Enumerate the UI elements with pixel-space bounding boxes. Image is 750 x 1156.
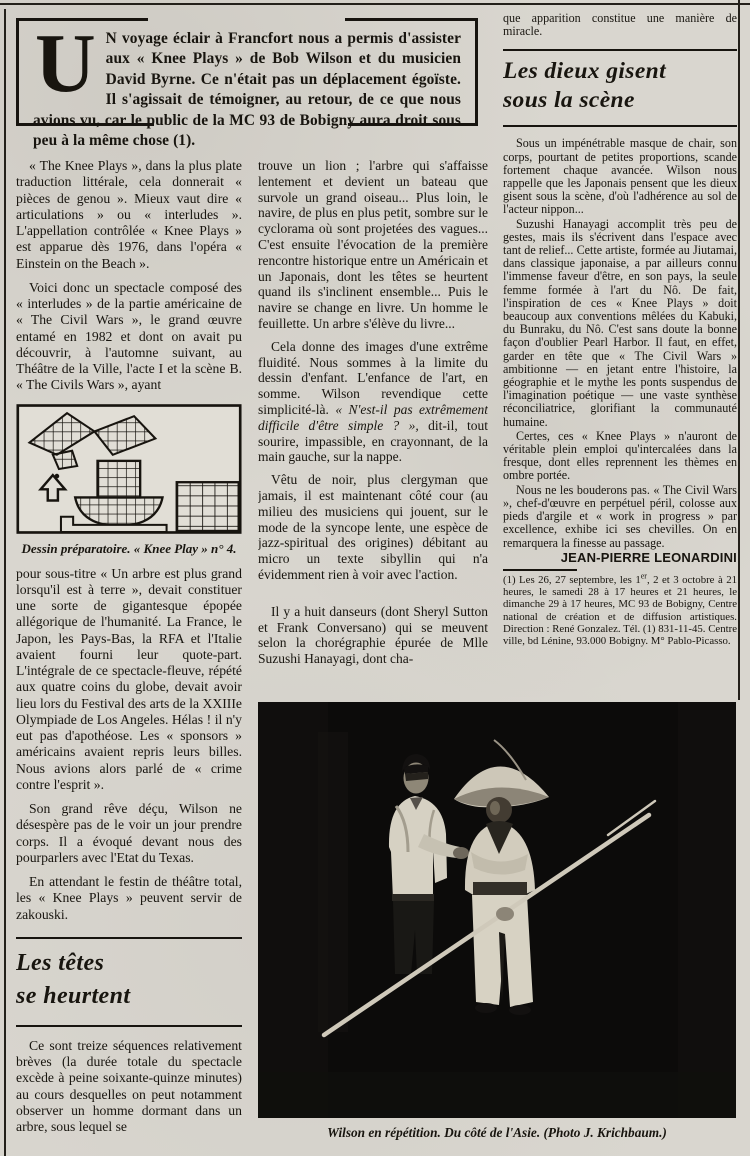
drop-cap: U	[33, 29, 106, 95]
rehearsal-photo	[258, 702, 736, 1118]
paragraph: En attendant le festin de théâtre total,…	[16, 874, 242, 923]
drawing-caption: Dessin préparatoire. « Knee Play » n° 4.	[16, 540, 242, 557]
paragraph: Vêtu de noir, plus clergyman que jamais,…	[258, 472, 488, 583]
page-left-rule	[4, 9, 6, 1156]
footnote: (1) Les 26, 27 septembre, les 1er, 2 et …	[503, 574, 737, 647]
column-left: « The Knee Plays », dans la plus plate t…	[16, 158, 242, 1156]
box-border	[475, 18, 478, 126]
paragraph: Voici donc un spectacle composé des « in…	[16, 280, 242, 394]
rehearsal-photo-figure: Wilson en répétition. Du côté de l'Asie.…	[258, 702, 736, 1141]
box-border	[16, 18, 148, 21]
lead-paragraph-box: UN voyage éclair à Francfort nous a perm…	[16, 18, 478, 126]
byline: JEAN-PIERRE LEONARDINI	[503, 551, 737, 564]
subhead-les-dieux: Les dieux gisent sous la scène	[503, 49, 737, 127]
paragraph: Ce sont treize séquences relativement br…	[16, 1038, 242, 1136]
subhead-line: Les têtes	[16, 947, 242, 980]
paragraph: pour sous-titre « Un arbre est plus gran…	[16, 566, 242, 794]
subhead-line: Les dieux gisent	[503, 57, 737, 86]
lead-paragraph: UN voyage éclair à Francfort nous a perm…	[16, 18, 478, 151]
newspaper-page: UN voyage éclair à Francfort nous a perm…	[0, 0, 750, 1156]
box-border	[348, 123, 478, 126]
paragraph: Suzushi Hanayagi accomplit très peu de g…	[503, 218, 737, 429]
subhead-line: se heurtent	[16, 980, 242, 1013]
footnote-rule	[503, 569, 577, 571]
preparatory-drawing-figure: Dessin préparatoire. « Knee Play » n° 4.	[16, 404, 242, 557]
paragraph: « The Knee Plays », dans la plus plate t…	[16, 158, 242, 272]
subhead-line: sous la scène	[503, 86, 737, 115]
footnote-text: (1) Les 26, 27 septembre, les 1	[503, 574, 641, 586]
page-right-rule	[738, 0, 740, 700]
paragraph: Certes, ces « Knee Plays » n'auront de v…	[503, 430, 737, 483]
paragraph: Nous ne les bouderons pas. « The Civil W…	[503, 484, 737, 550]
box-border	[16, 123, 154, 126]
box-border	[16, 18, 19, 126]
box-border	[345, 18, 478, 21]
column-middle: trouve un lion ; l'arbre qui s'affaisse …	[258, 158, 488, 702]
subhead-les-tetes: Les têtes se heurtent	[16, 937, 242, 1027]
column-right: que apparition constitue une manière de …	[503, 12, 737, 702]
paragraph: Sous un impénétrable masque de chair, so…	[503, 137, 737, 216]
paragraph: Cela donne des images d'une extrême flui…	[258, 339, 488, 465]
preparatory-drawing	[16, 404, 242, 534]
paragraph: Il y a huit danseurs (dont Sheryl Sutton…	[258, 604, 488, 667]
photo-caption: Wilson en répétition. Du côté de l'Asie.…	[258, 1125, 736, 1141]
paragraph: Son grand rêve déçu, Wilson ne désespère…	[16, 801, 242, 866]
paragraph: que apparition constitue une manière de …	[503, 12, 737, 38]
page-top-rule	[0, 3, 750, 5]
paragraph: trouve un lion ; l'arbre qui s'affaisse …	[258, 158, 488, 332]
